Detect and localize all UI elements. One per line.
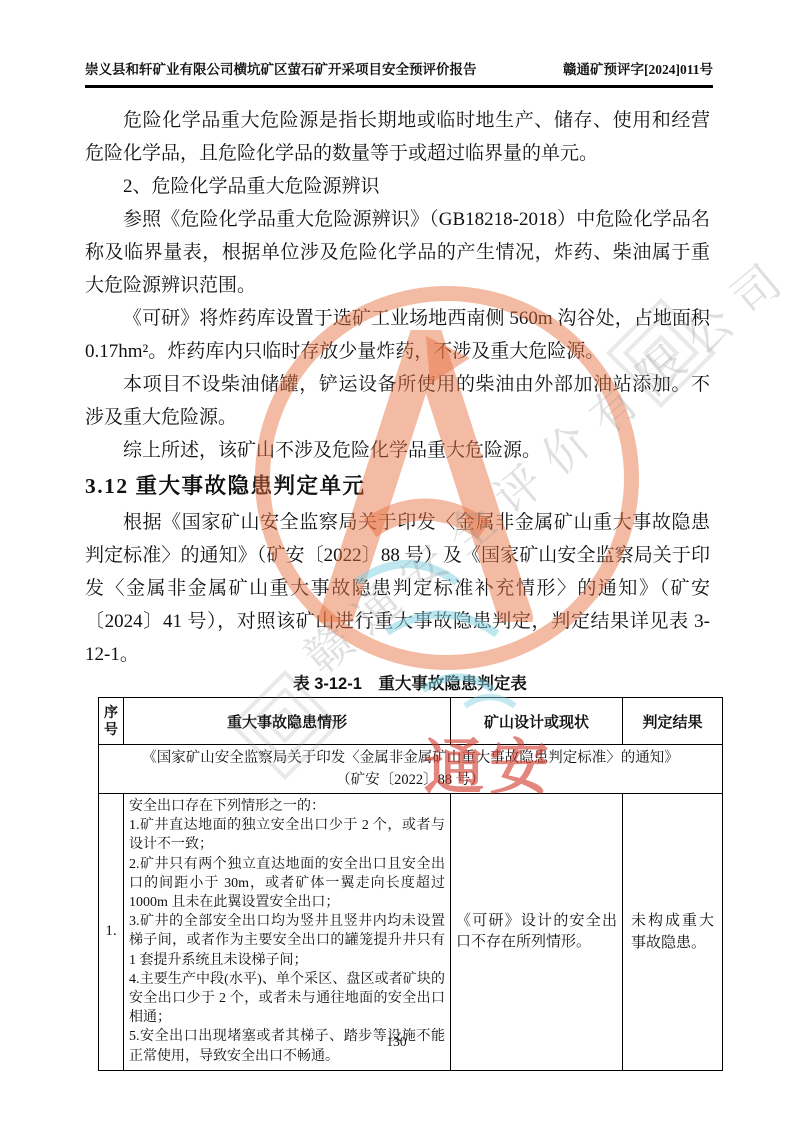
situation-item: 安全出口存在下列情形之一的： (129, 797, 445, 816)
page-number: 130 (0, 1034, 793, 1050)
page-header: 崇义县和轩矿业有限公司横坑矿区萤石矿开采项目安全预评价报告 赣通矿预评字[202… (85, 58, 713, 88)
situation-item: 4.主要生产中段(水平)、单个采区、盘区或者矿块的安全出口少于 2 个，或者未与… (129, 970, 445, 1028)
situation-item: 2.矿井只有两个独立直达地面的安全出口且安全出口的间距小于 30m，或者矿体一翼… (129, 855, 445, 913)
table-group-row: 《国家矿山安全监察局关于印发〈金属非金属矿山重大事故隐患判定标准〉的通知》 （矿… (99, 745, 723, 794)
group-row-line2: （矿安〔2022〕88 号） (103, 769, 718, 791)
section-heading: 3.12 重大事故隐患判定单元 (85, 467, 710, 506)
cell-result: 未构成重大事故隐患。 (623, 794, 723, 1071)
col-header-result: 判定结果 (623, 698, 723, 745)
document-page: 赣通安全评价有限公司 通安 崇义县和轩矿业有限公司横坑矿区萤石矿开采项目安全预评… (0, 0, 793, 1122)
report-title: 崇义县和轩矿业有限公司横坑矿区萤石矿开采项目安全预评价报告 (85, 58, 477, 78)
col-header-design: 矿山设计或现状 (451, 698, 623, 745)
cell-serial: 1. (99, 794, 124, 1071)
doc-number: 赣通矿预评字[2024]011号 (563, 58, 713, 78)
paragraph: 综上所述，该矿山不涉及危险化学品重大危险源。 (85, 434, 710, 467)
table-row: 1. 安全出口存在下列情形之一的： 1.矿井直达地面的独立安全出口少于 2 个，… (99, 794, 723, 1071)
situation-item: 1.矿井直达地面的独立安全出口少于 2 个，或者与设计不一致； (129, 816, 445, 854)
group-row-line1: 《国家矿山安全监察局关于印发〈金属非金属矿山重大事故隐患判定标准〉的通知》 (103, 747, 718, 769)
paragraph: 参照《危险化学品重大危险源辨识》（GB18218-2018）中危险化学品名称及临… (85, 203, 710, 302)
section-paragraph: 根据《国家矿山安全监察局关于印发〈金属非金属矿山重大事故隐患判定标准〉的通知》（… (85, 506, 710, 671)
paragraph: 2、危险化学品重大危险源辨识 (85, 170, 710, 203)
col-header-situation: 重大事故隐患情形 (124, 698, 451, 745)
col-header-serial: 序号 (99, 698, 124, 745)
hazard-judgment-table: 序号 重大事故隐患情形 矿山设计或现状 判定结果 《国家矿山安全监察局关于印发〈… (98, 697, 723, 1071)
paragraph: 《可研》将炸药库设置于选矿工业场地西南侧 560m 沟谷处，占地面积0.17hm… (85, 302, 710, 368)
table-caption: 表 3-12-1 重大事故隐患判定表 (98, 671, 722, 695)
group-row-cell: 《国家矿山安全监察局关于印发〈金属非金属矿山重大事故隐患判定标准〉的通知》 （矿… (99, 745, 723, 794)
situation-item: 3.矿井的全部安全出口均为竖井且竖井内均未设置梯子间，或者作为主要安全出口的罐笼… (129, 912, 445, 970)
table-header-row: 序号 重大事故隐患情形 矿山设计或现状 判定结果 (99, 698, 723, 745)
paragraph: 本项目不设柴油储罐，铲运设备所使用的柴油由外部加油站添加。不涉及重大危险源。 (85, 368, 710, 434)
cell-situations: 安全出口存在下列情形之一的： 1.矿井直达地面的独立安全出口少于 2 个，或者与… (124, 794, 451, 1071)
page-content: 危险化学品重大危险源是指长期地或临时地生产、储存、使用和经营危险化学品，且危险化… (85, 104, 710, 1071)
paragraph: 危险化学品重大危险源是指长期地或临时地生产、储存、使用和经营危险化学品，且危险化… (85, 104, 710, 170)
cell-design: 《可研》设计的安全出口不存在所列情形。 (451, 794, 623, 1071)
